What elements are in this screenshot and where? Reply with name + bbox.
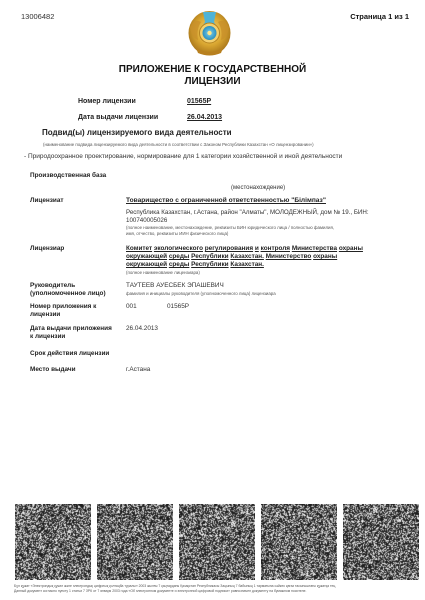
licensor-label: Лицензиар	[30, 245, 64, 253]
production-base-label: Производственная база	[30, 172, 106, 180]
page-title: ПРИЛОЖЕНИЕ К ГОСУДАРСТВЕННОЙ ЛИЦЕНЗИИ	[0, 64, 425, 88]
location-note: (местонахождение)	[231, 185, 285, 191]
document-number: 13006482	[21, 12, 54, 21]
licensee-note-line-1: (полное наименование, местонахождение, р…	[126, 225, 334, 231]
appendix-number-label-line-2: лицензии	[30, 311, 96, 319]
head-name: ТАУТЕЕВ АУЕСБЕК ЭПАШЕВИЧ	[126, 282, 224, 290]
barcode-5	[343, 504, 419, 580]
licensee-address-line-2: 100740005026	[126, 217, 167, 224]
word: среды	[169, 261, 190, 268]
title-line-2: ЛИЦЕНЗИИ	[0, 76, 425, 88]
word: среды	[169, 253, 190, 260]
appendix-number-value: 001	[126, 303, 137, 311]
licensee-address-line-1: Республика Казахстан, г.Астана, район "А…	[126, 209, 369, 216]
validity-label: Срок действия лицензии	[30, 350, 109, 358]
word: контроля	[261, 245, 290, 252]
license-number-value: 01565P	[187, 98, 211, 105]
head-note: фамилия и инициалы руководителя (уполном…	[126, 291, 276, 297]
word: Казахстан.	[230, 253, 264, 260]
subtype-note: (наименование подвида лицензируемого вид…	[43, 142, 314, 147]
word: регулирования	[205, 245, 253, 252]
head-label-line-2: (уполномоченное лицо)	[30, 290, 106, 298]
licensor-name: Комитет экологического регулирования и к…	[126, 245, 396, 269]
license-date-label: Дата выдачи лицензии	[78, 114, 158, 121]
licensor-name-line-2: окружающей среды Республики Казахстан. М…	[126, 253, 396, 261]
footer-line-2: Данный документ согласно пункту 1 статьи…	[14, 589, 414, 594]
license-date-value: 26.04.2013	[187, 114, 222, 121]
coat-of-arms-icon	[186, 8, 233, 58]
barcode-2	[97, 504, 173, 580]
title-line-1: ПРИЛОЖЕНИЕ К ГОСУДАРСТВЕННОЙ	[0, 64, 425, 76]
licensee-note: (полное наименование, местонахождение, р…	[126, 225, 334, 236]
barcode-3	[179, 504, 255, 580]
place-label: Место выдачи	[30, 366, 76, 374]
licensor-note: (полное наименование лицензиара)	[126, 270, 200, 276]
word: охраны	[339, 245, 363, 252]
head-label-line-1: Руководитель	[30, 282, 106, 290]
word: Республики	[191, 261, 228, 268]
barcode-1	[15, 504, 91, 580]
licensor-name-line-1: Комитет экологического регулирования и к…	[126, 245, 396, 253]
appendix-number-label: Номер приложения к лицензии	[30, 303, 96, 319]
word: Министерство	[266, 253, 312, 260]
page-indicator: Страница 1 из 1	[350, 12, 409, 21]
appendix-date-label: Дата выдачи приложения к лицензии	[30, 325, 112, 341]
appendix-number-label-line-1: Номер приложения к	[30, 303, 96, 311]
word: охраны	[313, 253, 337, 260]
legal-footer: Бұл құжат «Электрондық құжат және электр…	[14, 584, 414, 593]
licensee-label: Лицензиат	[30, 197, 64, 205]
place-value: г.Астана	[126, 366, 150, 374]
activity-item: - Природоохранное проектирование, нормир…	[24, 153, 342, 160]
word: Республики	[191, 253, 228, 260]
barcode-4	[261, 504, 337, 580]
word: окружающей	[126, 253, 167, 260]
appendix-date-label-line-1: Дата выдачи приложения	[30, 325, 112, 333]
word: Комитет	[126, 245, 152, 252]
subtype-heading: Подвид(ы) лицензируемого вида деятельнос…	[42, 128, 232, 137]
word: и	[255, 245, 259, 252]
appendix-date-label-line-2: к лицензии	[30, 333, 112, 341]
word: экологического	[154, 245, 203, 252]
word: Министерства	[292, 245, 337, 252]
word: окружающей	[126, 261, 167, 268]
appendix-license-ref: 01565P	[167, 303, 189, 311]
head-label: Руководитель (уполномоченное лицо)	[30, 282, 106, 298]
licensee-name: Товарищество с ограниченной ответственно…	[126, 197, 326, 204]
word: Казахстан.	[230, 261, 264, 268]
appendix-date-value: 26.04.2013	[126, 325, 158, 333]
license-number-label: Номер лицензии	[78, 98, 136, 105]
licensor-name-line-3: окружающей среды Республики Казахстан.	[126, 261, 396, 269]
licensee-note-line-2: имя, отчество, реквизиты ИИН физического…	[126, 231, 334, 237]
